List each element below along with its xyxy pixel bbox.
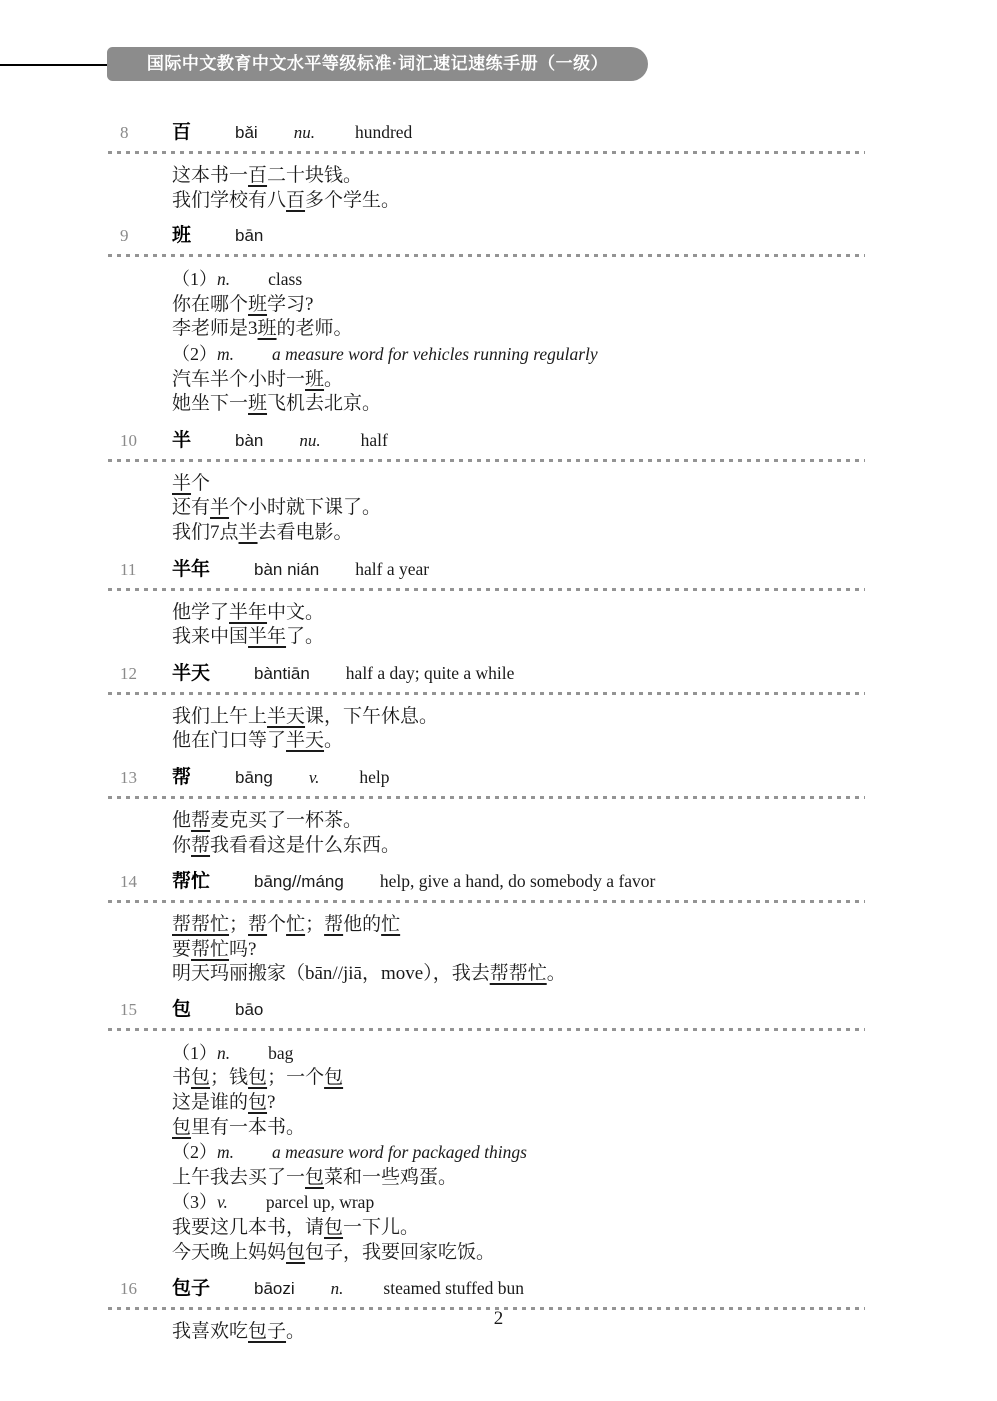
entry-headword: 帮忙	[172, 869, 210, 895]
sense-pos: v.	[217, 1192, 228, 1212]
example-text: 菜和一些鸡蛋。	[324, 1167, 457, 1188]
dashed-divider	[108, 900, 865, 903]
example-target-underlined: 包	[324, 1217, 343, 1238]
sense-line: （1）n.class	[172, 267, 865, 293]
entry-number: 12	[108, 661, 172, 687]
dashed-divider	[108, 151, 865, 154]
entry: 10半bànnu.half半个还有半个小时就下课了。我们7点半去看电影。	[108, 427, 865, 546]
example-target-underlined: 半天	[267, 706, 305, 727]
example-sentence: 他帮麦克买了一杯茶。	[172, 809, 865, 834]
example-text: 中文。	[267, 602, 324, 623]
example-text: ；一个	[267, 1067, 324, 1088]
example-text: 个	[191, 473, 210, 494]
entry-number: 16	[108, 1276, 172, 1302]
example-sentence: 我们7点半去看电影。	[172, 521, 865, 546]
entry-pos: nu.	[294, 120, 315, 146]
example-target-underlined: 帮帮忙	[172, 914, 229, 935]
example-target-underlined: 包	[305, 1167, 324, 1188]
example-text: 这本书一	[172, 165, 248, 186]
entry-number: 10	[108, 428, 172, 454]
entry: 14帮忙bāng//mánghelp, give a hand, do some…	[108, 868, 865, 987]
sense-meaning: bag	[268, 1043, 293, 1063]
example-text: 包子，我要回家吃饭。	[305, 1242, 495, 1263]
entry: 15包bāo（1）n.bag书包；钱包；一个包这是谁的包?包里有一本书。（2）m…	[108, 997, 865, 1265]
example-text: 李老师是3	[172, 318, 258, 339]
entry-pos: v.	[309, 765, 320, 791]
example-text: 你在哪个	[172, 294, 248, 315]
example-text: 我们7点	[172, 522, 239, 543]
entry-body: （1）n.bag书包；钱包；一个包这是谁的包?包里有一本书。（2）m.a mea…	[108, 1041, 865, 1265]
example-text: 个	[267, 914, 286, 935]
entry-body: 这本书一百二十块钱。我们学校有八百多个学生。	[108, 164, 865, 213]
example-text: 还有	[172, 497, 210, 518]
sense-line: （1）n.bag	[172, 1041, 865, 1067]
entry-meaning: hundred	[355, 119, 412, 145]
example-text: 他	[172, 810, 191, 831]
entry-pinyin: bāng//máng	[254, 869, 344, 895]
dashed-divider	[108, 1028, 865, 1031]
example-text: ；	[305, 914, 324, 935]
entry-body: 他帮麦克买了一杯茶。你帮我看看这是什么东西。	[108, 809, 865, 858]
example-text: 的老师。	[277, 318, 353, 339]
example-text: 个小时就下课了。	[229, 497, 381, 518]
example-target-underlined: 包	[286, 1242, 305, 1263]
entry-pinyin: bàn nián	[254, 557, 319, 583]
entry-pinyin: bān	[235, 223, 263, 249]
example-sentence: 李老师是3班的老师。	[172, 317, 865, 342]
example-text: 他学了	[172, 602, 229, 623]
entry-pinyin: bāo	[235, 997, 263, 1023]
entry-pinyin: bāozi	[254, 1276, 295, 1302]
entry: 12半天bàntiānhalf a day; quite a while我们上午…	[108, 660, 865, 754]
entry-header: 15包bāo	[108, 997, 865, 1023]
example-text: 这是谁的	[172, 1092, 248, 1113]
entry-meaning: half	[361, 427, 388, 453]
entry-body: 半个还有半个小时就下课了。我们7点半去看电影。	[108, 472, 865, 546]
sense-meaning: a measure word for packaged things	[272, 1142, 527, 1162]
entry-header: 9班bān	[108, 223, 865, 249]
example-text: 。	[324, 730, 343, 751]
entry-number: 8	[108, 120, 172, 146]
sense-label: （2）	[172, 344, 217, 364]
entry-pinyin: bāng	[235, 765, 273, 791]
dashed-divider	[108, 459, 865, 462]
example-target-underlined: 半年	[229, 602, 267, 623]
example-sentence: 明天玛丽搬家（bān//jiā，move），我去帮帮忙。	[172, 962, 865, 987]
example-target-underlined: 半	[172, 473, 191, 494]
example-text: 里有一本书。	[191, 1117, 305, 1138]
sense-line: （2）m.a measure word for vehicles running…	[172, 342, 865, 368]
example-target-underlined: 百	[248, 165, 267, 186]
example-text: 汽车半个小时一	[172, 369, 305, 390]
sense-label: （1）	[172, 1043, 217, 1063]
example-target-underlined: 帮	[324, 914, 343, 935]
example-text: 学习?	[267, 294, 313, 315]
example-text: ；钱	[210, 1067, 248, 1088]
example-text: ?	[267, 1092, 275, 1113]
example-target-underlined: 半	[239, 522, 258, 543]
example-sentence: 半个	[172, 472, 865, 497]
sense-label: （2）	[172, 1142, 217, 1162]
entry-meaning: steamed stuffed bun	[383, 1275, 524, 1301]
entry: 11半年bàn niánhalf a year他学了半年中文。我来中国半年了。	[108, 556, 865, 650]
example-target-underlined: 半	[210, 497, 229, 518]
entry-headword: 包	[172, 997, 191, 1023]
example-target-underlined: 班	[305, 369, 324, 390]
example-sentence: 要帮忙吗?	[172, 938, 865, 963]
example-sentence: 他学了半年中文。	[172, 601, 865, 626]
entry-headword: 半年	[172, 557, 210, 583]
vocabulary-entries-list: 8百bǎinu.hundred这本书一百二十块钱。我们学校有八百多个学生。9班b…	[108, 119, 865, 1355]
example-target-underlined: 帮	[248, 914, 267, 935]
example-target-underlined: 帮忙	[191, 939, 229, 960]
entry-headword: 帮	[172, 765, 191, 791]
dashed-divider	[108, 588, 865, 591]
example-sentence: 帮帮忙；帮个忙；帮他的忙	[172, 913, 865, 938]
example-sentence: 包里有一本书。	[172, 1116, 865, 1141]
sense-meaning: a measure word for vehicles running regu…	[272, 344, 598, 364]
sense-meaning: class	[268, 269, 302, 289]
example-text: 课，下午休息。	[305, 706, 438, 727]
example-target-underlined: 百	[286, 190, 305, 211]
page-number: 2	[0, 1308, 997, 1330]
entry-headword: 半天	[172, 661, 210, 687]
entry-header: 10半bànnu.half	[108, 427, 865, 454]
example-sentence: 他在门口等了半天。	[172, 729, 865, 754]
example-sentence: 她坐下一班飞机去北京。	[172, 392, 865, 417]
entry-header: 16包子bāozin.steamed stuffed bun	[108, 1275, 865, 1302]
example-text: 上午我去买了一	[172, 1167, 305, 1188]
entry-number: 11	[108, 557, 172, 583]
entry-header: 14帮忙bāng//mánghelp, give a hand, do some…	[108, 868, 865, 895]
example-target-underlined: 班	[248, 294, 267, 315]
example-sentence: 我要这几本书，请包一下儿。	[172, 1216, 865, 1241]
sense-label: （3）	[172, 1192, 217, 1212]
example-text: 你	[172, 835, 191, 856]
entry-pinyin: bàntiān	[254, 661, 310, 687]
example-target-underlined: 半天	[286, 730, 324, 751]
example-target-underlined: 忙	[286, 914, 305, 935]
entry-headword: 半	[172, 428, 191, 454]
entry-pinyin: bǎi	[235, 120, 258, 146]
example-text: 我要这几本书，请	[172, 1217, 324, 1238]
header-rule	[0, 64, 107, 66]
example-target-underlined: 包	[172, 1117, 191, 1138]
example-text: 我看看这是什么东西。	[210, 835, 400, 856]
example-text: 二十块钱。	[267, 165, 362, 186]
example-text: 我们学校有八	[172, 190, 286, 211]
example-text: 书	[172, 1067, 191, 1088]
entry-pos: n.	[331, 1276, 344, 1302]
header-band-title: 国际中文教育中文水平等级标准·词汇速记速练手册（一级）	[107, 47, 648, 81]
example-target-underlined: 帮	[191, 810, 210, 831]
entry-headword: 包子	[172, 1276, 210, 1302]
example-text: 他在门口等了	[172, 730, 286, 751]
sense-meaning: parcel up, wrap	[266, 1192, 374, 1212]
example-text: 一下儿。	[343, 1217, 419, 1238]
entry-body: 他学了半年中文。我来中国半年了。	[108, 601, 865, 650]
entry-headword: 百	[172, 120, 191, 146]
book-page: 国际中文教育中文水平等级标准·词汇速记速练手册（一级） 8百bǎinu.hund…	[0, 0, 997, 1401]
example-target-underlined: 包	[248, 1092, 267, 1113]
entry-pos: nu.	[299, 428, 320, 454]
sense-line: （2）m.a measure word for packaged things	[172, 1140, 865, 1166]
entry-header: 11半年bàn niánhalf a year	[108, 556, 865, 583]
example-target-underlined: 班	[248, 393, 267, 414]
entry-number: 13	[108, 765, 172, 791]
example-sentence: 你帮我看看这是什么东西。	[172, 834, 865, 859]
entry-body: （1）n.class你在哪个班学习?李老师是3班的老师。（2）m.a measu…	[108, 267, 865, 417]
example-text: 。	[547, 963, 566, 984]
entry-meaning: help	[359, 764, 389, 790]
sense-pos: m.	[217, 1142, 234, 1162]
example-text: 了。	[286, 626, 324, 647]
example-sentence: 书包；钱包；一个包	[172, 1066, 865, 1091]
entry-body: 帮帮忙；帮个忙；帮他的忙要帮忙吗?明天玛丽搬家（bān//jiā，move），我…	[108, 913, 865, 987]
example-text: 多个学生。	[305, 190, 400, 211]
example-text: 我来中国	[172, 626, 248, 647]
example-target-underlined: 忙	[381, 914, 400, 935]
dashed-divider	[108, 796, 865, 799]
example-sentence: 我们上午上半天课，下午休息。	[172, 705, 865, 730]
example-target-underlined: 帮帮忙	[490, 963, 547, 984]
example-sentence: 我们学校有八百多个学生。	[172, 189, 865, 214]
sense-pos: n.	[217, 269, 230, 289]
entry: 9班bān（1）n.class你在哪个班学习?李老师是3班的老师。（2）m.a …	[108, 223, 865, 417]
example-text: 去看电影。	[258, 522, 353, 543]
example-text: 我们上午上	[172, 706, 267, 727]
example-sentence: 你在哪个班学习?	[172, 293, 865, 318]
example-text: 。	[324, 369, 343, 390]
entry-pinyin: bàn	[235, 428, 263, 454]
example-text: 明天玛丽搬家（bān//jiā，move），我去	[172, 963, 490, 984]
example-text: 飞机去北京。	[267, 393, 381, 414]
example-sentence: 我来中国半年了。	[172, 625, 865, 650]
entry-meaning: half a day; quite a while	[346, 660, 515, 686]
example-sentence: 这是谁的包?	[172, 1091, 865, 1116]
example-sentence: 今天晚上妈妈包包子，我要回家吃饭。	[172, 1241, 865, 1266]
sense-pos: m.	[217, 344, 234, 364]
entry-meaning: help, give a hand, do somebody a favor	[380, 868, 656, 894]
example-target-underlined: 包	[248, 1067, 267, 1088]
entry-header: 13帮bāngv.help	[108, 764, 865, 791]
example-target-underlined: 包	[324, 1067, 343, 1088]
sense-pos: n.	[217, 1043, 230, 1063]
example-sentence: 汽车半个小时一班。	[172, 368, 865, 393]
example-target-underlined: 包	[191, 1067, 210, 1088]
example-sentence: 还有半个小时就下课了。	[172, 496, 865, 521]
sense-label: （1）	[172, 269, 217, 289]
entry-number: 15	[108, 997, 172, 1023]
entry-header: 12半天bàntiānhalf a day; quite a while	[108, 660, 865, 687]
example-text: ；	[229, 914, 248, 935]
entry: 8百bǎinu.hundred这本书一百二十块钱。我们学校有八百多个学生。	[108, 119, 865, 213]
example-target-underlined: 半年	[248, 626, 286, 647]
entry-header: 8百bǎinu.hundred	[108, 119, 865, 146]
example-sentence: 这本书一百二十块钱。	[172, 164, 865, 189]
entry-headword: 班	[172, 223, 191, 249]
example-target-underlined: 帮	[191, 835, 210, 856]
example-text: 他的	[343, 914, 381, 935]
sense-line: （3）v.parcel up, wrap	[172, 1190, 865, 1216]
example-sentence: 上午我去买了一包菜和一些鸡蛋。	[172, 1166, 865, 1191]
entry-number: 9	[108, 223, 172, 249]
example-text: 今天晚上妈妈	[172, 1242, 286, 1263]
entry: 13帮bāngv.help他帮麦克买了一杯茶。你帮我看看这是什么东西。	[108, 764, 865, 858]
example-text: 她坐下一	[172, 393, 248, 414]
example-text: 麦克买了一杯茶。	[210, 810, 362, 831]
example-target-underlined: 班	[258, 318, 277, 339]
entry-meaning: half a year	[355, 556, 429, 582]
example-text: 要	[172, 939, 191, 960]
example-text: 吗?	[229, 939, 256, 960]
entry-body: 我们上午上半天课，下午休息。他在门口等了半天。	[108, 705, 865, 754]
dashed-divider	[108, 254, 865, 257]
entry-number: 14	[108, 869, 172, 895]
dashed-divider	[108, 692, 865, 695]
